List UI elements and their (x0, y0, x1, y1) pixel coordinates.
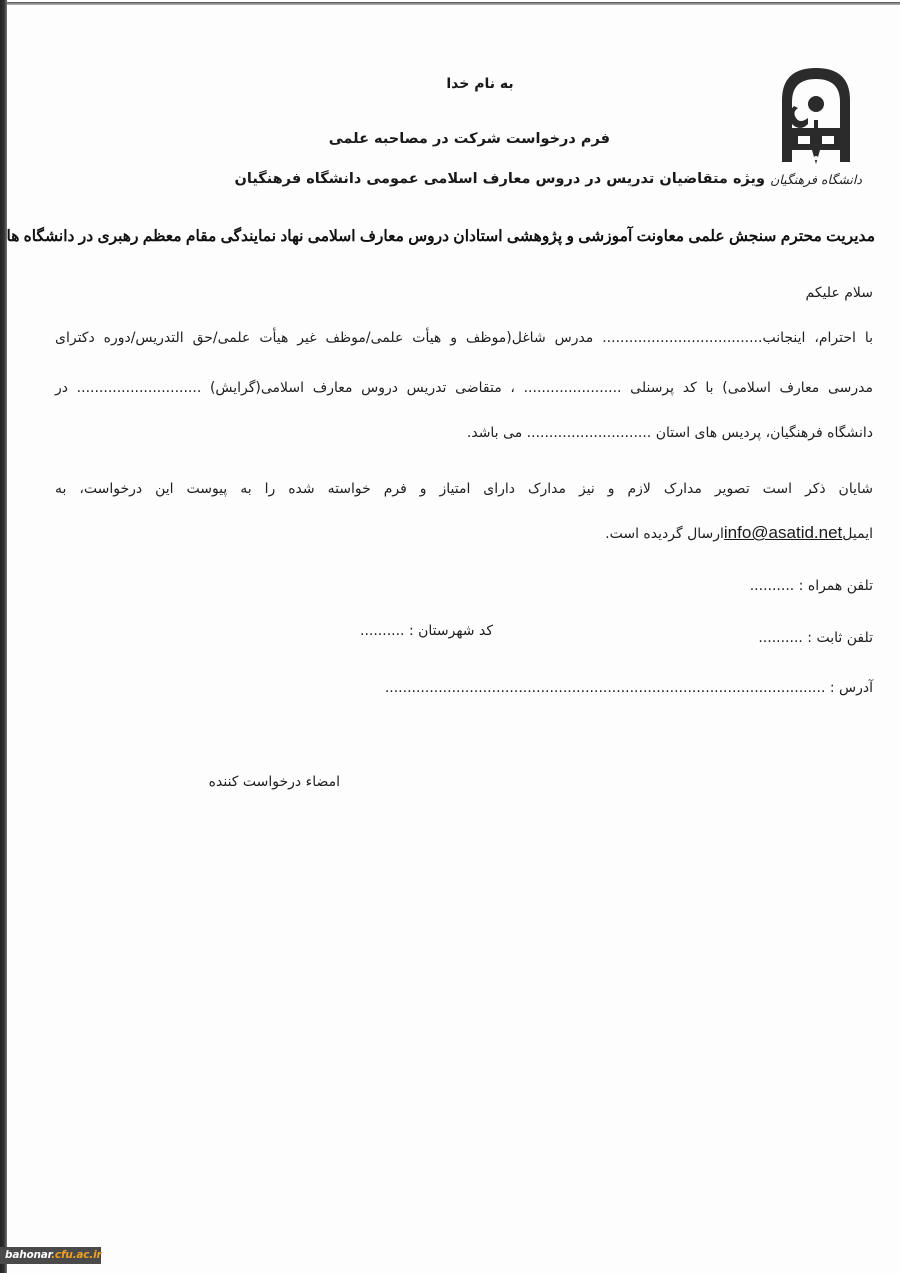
watermark-prefix: bahonar (5, 1249, 51, 1261)
email-prefix: ایمیل (842, 526, 873, 542)
paragraph-attachments: شایان ذکر است تصویر مدارک لازم و نیز مدا… (55, 481, 873, 497)
paragraph-personnel-code: مدرسی معارف اسلامی) با کد پرسنلی .......… (55, 380, 873, 396)
form-title: فرم درخواست شرکت در مصاحبه علمی (330, 131, 610, 147)
email-link[interactable]: info@asatid.net (724, 523, 842, 542)
site-watermark: bahonar.cfu.ac.ir (0, 1247, 101, 1264)
paragraph-applicant-status: با احترام، اینجانب......................… (55, 330, 873, 346)
address-field: آدرس : .................................… (385, 680, 873, 696)
bismillah-heading: به نام خدا (380, 76, 580, 92)
city-code-field: کد شهرستان : .......... (353, 623, 493, 639)
addressee-line: مدیریت محترم سنجش علمی معاونت آموزشی و پ… (85, 227, 875, 246)
mobile-phone-field: تلفن همراه : .......... (750, 578, 873, 594)
paragraph-province-campus: دانشگاه فرهنگیان، پردیس های استان ......… (467, 425, 873, 441)
watermark-suffix: .cfu.ac.ir (51, 1249, 101, 1261)
email-suffix: ارسال گردیده است. (605, 526, 724, 542)
logo-caption: دانشگاه فرهنگیان (770, 172, 862, 187)
landline-phone-field: تلفن ثابت : .......... (758, 630, 873, 646)
form-subtitle: ویژه متقاضیان تدریس در دروس معارف اسلامی… (220, 171, 765, 187)
scan-edge-left (0, 0, 7, 1273)
salutation: سلام علیکم (806, 285, 873, 301)
paragraph-email: ایمیلinfo@asatid.netارسال گردیده است. (605, 523, 873, 543)
signature-label: امضاء درخواست کننده (185, 774, 340, 790)
